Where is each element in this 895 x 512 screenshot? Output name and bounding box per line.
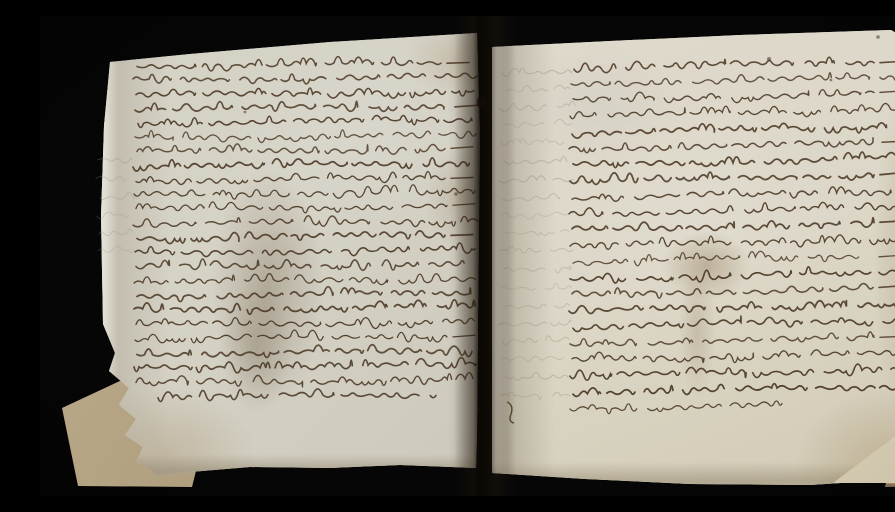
binding-gutter-shadow: [40, 16, 895, 496]
manuscript-photo: Photograph of an open bound early-modern…: [40, 16, 895, 496]
